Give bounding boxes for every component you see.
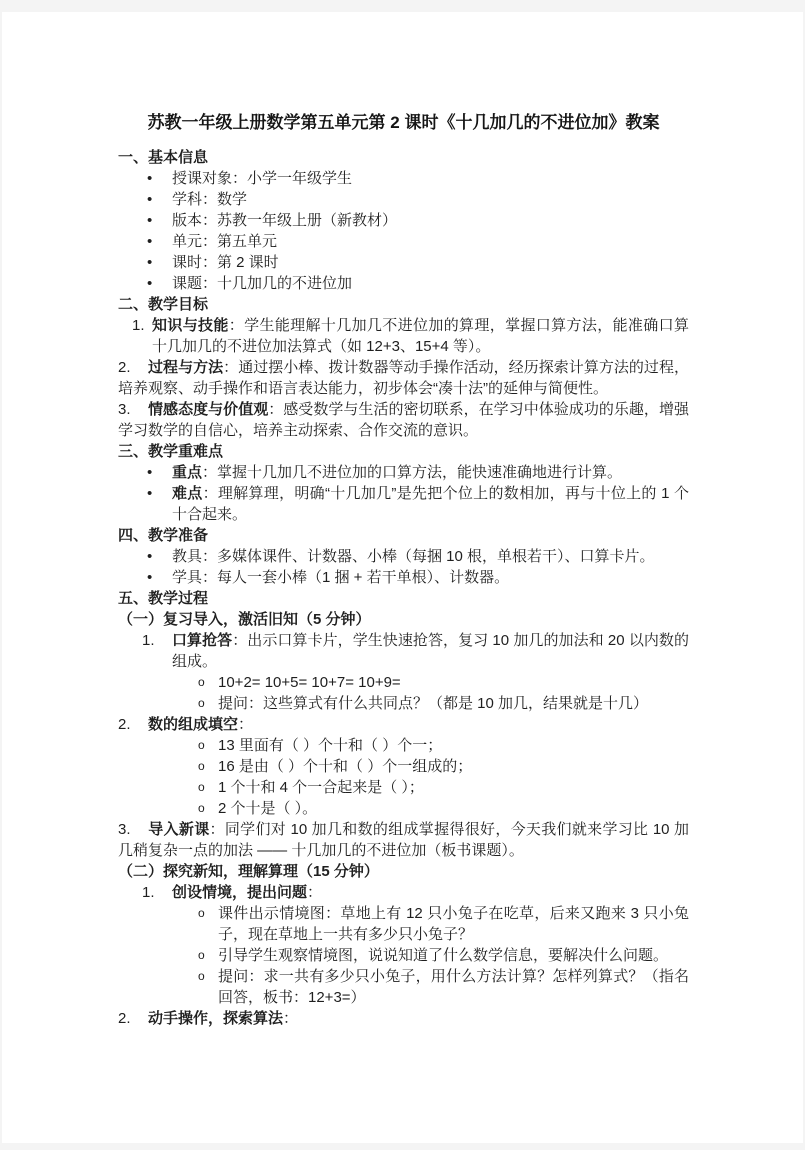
circle-bullet-marker: o xyxy=(198,777,205,798)
item-number: 2. xyxy=(118,357,148,378)
item-number: 3. xyxy=(118,399,148,420)
circle-bullet-marker: o xyxy=(198,693,205,714)
document-body: 苏教一年级上册数学第五单元第 2 课时《十几加几的不进位加》教案 一、基本信息•… xyxy=(2,12,803,1029)
numbered-list-item: 1.创设情境，提出问题： xyxy=(118,882,689,903)
bullet-list-item: •教具：多媒体课件、计数器、小棒（每捆 10 根，单根若干）、口算卡片。 xyxy=(118,546,689,567)
bullet-list-item: •重点：掌握十几加几不进位加的口算方法，能快速准确地进行计算。 xyxy=(118,462,689,483)
numbered-list-item: 1.知识与技能：学生能理解十几加几不进位加的算理，掌握口算方法，能准确口算十几加… xyxy=(118,315,689,357)
bullet-marker: • xyxy=(147,462,152,483)
sub-bullet-item: o10+2= 10+5= 10+7= 10+9= xyxy=(118,672,689,693)
section-heading: 四、教学准备 xyxy=(118,525,689,546)
sub-bullet-item: o课件出示情境图：草地上有 12 只小兔子在吃草，后来又跑来 3 只小兔子，现在… xyxy=(118,903,689,945)
bullet-list-item: •难点：理解算理，明确“十几加几”是先把个位上的数相加，再与十位上的 1 个十合… xyxy=(118,483,689,525)
circle-bullet-marker: o xyxy=(198,735,205,756)
sub-bullet-item: o引导学生观察情境图，说说知道了什么数学信息，要解决什么问题。 xyxy=(118,945,689,966)
bullet-list-item: •授课对象：小学一年级学生 xyxy=(118,168,689,189)
item-label: 重点 xyxy=(172,464,202,481)
numbered-paragraph: 3.导入新课：同学们对 10 加几和数的组成掌握得很好，今天我们就来学习比 10… xyxy=(118,819,689,861)
item-number: 1. xyxy=(142,630,155,651)
item-label: 知识与技能 xyxy=(152,317,229,334)
subsection-heading: （一）复习导入，激活旧知（5 分钟） xyxy=(118,609,689,630)
sub-bullet-item: o提问：这些算式有什么共同点？（都是 10 加几，结果就是十几） xyxy=(118,693,689,714)
sub-bullet-item: o1 个十和 4 个一合起来是（ ）； xyxy=(118,777,689,798)
sub-bullet-item: o2 个十是（ ）。 xyxy=(118,798,689,819)
item-number: 1. xyxy=(142,882,155,903)
bullet-marker: • xyxy=(147,189,152,210)
bullet-marker: • xyxy=(147,168,152,189)
section-heading: 五、教学过程 xyxy=(118,588,689,609)
item-number: 2. xyxy=(118,1008,148,1029)
bullet-list-item: •课题：十几加几的不进位加 xyxy=(118,273,689,294)
numbered-paragraph: 2.动手操作，探索算法： xyxy=(118,1008,689,1029)
bullet-marker: • xyxy=(147,210,152,231)
bullet-marker: • xyxy=(147,273,152,294)
bullet-marker: • xyxy=(147,252,152,273)
bullet-marker: • xyxy=(147,567,152,588)
section-heading: 三、教学重难点 xyxy=(118,441,689,462)
sub-bullet-item: o提问：求一共有多少只小兔子，用什么方法计算？怎样列算式？（指名回答，板书：12… xyxy=(118,966,689,1008)
circle-bullet-marker: o xyxy=(198,672,205,693)
bullet-marker: • xyxy=(147,483,152,504)
item-label: 创设情境，提出问题 xyxy=(172,884,307,901)
circle-bullet-marker: o xyxy=(198,945,205,966)
document-page: 苏教一年级上册数学第五单元第 2 课时《十几加几的不进位加》教案 一、基本信息•… xyxy=(2,12,803,1143)
section-heading: 一、基本信息 xyxy=(118,147,689,168)
subsection-heading: （二）探究新知，理解算理（15 分钟） xyxy=(118,861,689,882)
document-title: 苏教一年级上册数学第五单元第 2 课时《十几加几的不进位加》教案 xyxy=(118,112,689,133)
item-label: 数的组成填空 xyxy=(148,716,238,733)
bullet-list-item: •学科：数学 xyxy=(118,189,689,210)
numbered-paragraph: 2.数的组成填空： xyxy=(118,714,689,735)
bullet-marker: • xyxy=(147,231,152,252)
numbered-list-item: 1.口算抢答：出示口算卡片，学生快速抢答，复习 10 加几的加法和 20 以内数… xyxy=(118,630,689,672)
item-label: 口算抢答 xyxy=(172,632,232,649)
item-label: 难点 xyxy=(172,485,203,502)
section-heading: 二、教学目标 xyxy=(118,294,689,315)
sub-bullet-item: o16 是由（ ）个十和（ ）个一组成的； xyxy=(118,756,689,777)
item-label: 导入新课 xyxy=(148,821,210,838)
item-number: 1. xyxy=(132,315,145,336)
bullet-list-item: •版本：苏教一年级上册（新教材） xyxy=(118,210,689,231)
bullet-list-item: •课时：第 2 课时 xyxy=(118,252,689,273)
bullet-list-item: •学具：每人一套小棒（1 捆 + 若干单根）、计数器。 xyxy=(118,567,689,588)
item-number: 3. xyxy=(118,819,148,840)
item-label: 情感态度与价值观 xyxy=(148,401,268,418)
item-label: 过程与方法 xyxy=(148,359,223,376)
bullet-marker: • xyxy=(147,546,152,567)
circle-bullet-marker: o xyxy=(198,903,205,924)
circle-bullet-marker: o xyxy=(198,798,205,819)
item-label: 动手操作，探索算法 xyxy=(148,1010,283,1027)
item-number: 2. xyxy=(118,714,148,735)
circle-bullet-marker: o xyxy=(198,966,205,987)
circle-bullet-marker: o xyxy=(198,756,205,777)
sub-bullet-item: o13 里面有（ ）个十和（ ）个一； xyxy=(118,735,689,756)
numbered-paragraph: 3.情感态度与价值观：感受数学与生活的密切联系，在学习中体验成功的乐趣，增强学习… xyxy=(118,399,689,441)
numbered-paragraph: 2.过程与方法：通过摆小棒、拨计数器等动手操作活动，经历探索计算方法的过程，培养… xyxy=(118,357,689,399)
bullet-list-item: •单元：第五单元 xyxy=(118,231,689,252)
